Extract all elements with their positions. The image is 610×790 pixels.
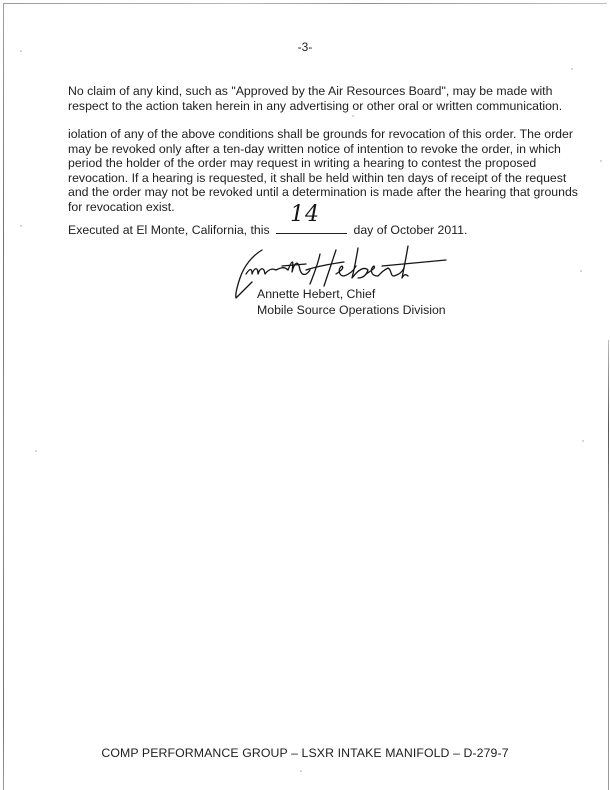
day-blank-line: 14 bbox=[276, 221, 347, 234]
scan-edge-top bbox=[3, 3, 607, 4]
handwritten-day: 14 bbox=[290, 207, 320, 222]
signer-name-title: Annette Hebert, Chief bbox=[257, 287, 446, 303]
scan-edge-right bbox=[608, 340, 609, 790]
document-footer: COMP PERFORMANCE GROUP – LSXR INTAKE MAN… bbox=[0, 746, 610, 760]
scan-speck bbox=[300, 770, 302, 772]
scan-speck bbox=[582, 440, 584, 442]
scan-speck bbox=[20, 225, 22, 227]
scan-speck bbox=[571, 68, 573, 70]
execution-prefix: Executed at El Monte, California, this bbox=[68, 223, 270, 237]
execution-line: Executed at El Monte, California, this 1… bbox=[68, 221, 467, 238]
paragraph-revocation: iolation of any of the above conditions … bbox=[68, 127, 588, 215]
scan-speck bbox=[600, 160, 602, 162]
signer-division: Mobile Source Operations Division bbox=[257, 303, 446, 319]
signer-block: Annette Hebert, Chief Mobile Source Oper… bbox=[257, 287, 446, 318]
scan-speck bbox=[35, 450, 37, 452]
document-page: -3- No claim of any kind, such as "Appro… bbox=[0, 0, 610, 790]
page-number: -3- bbox=[0, 40, 610, 54]
scan-speck bbox=[580, 270, 582, 272]
paragraph-no-claim: No claim of any kind, such as "Approved … bbox=[68, 84, 588, 113]
scan-speck bbox=[352, 115, 354, 117]
execution-suffix: day of October 2011. bbox=[353, 223, 467, 237]
scan-edge-left bbox=[3, 3, 4, 790]
